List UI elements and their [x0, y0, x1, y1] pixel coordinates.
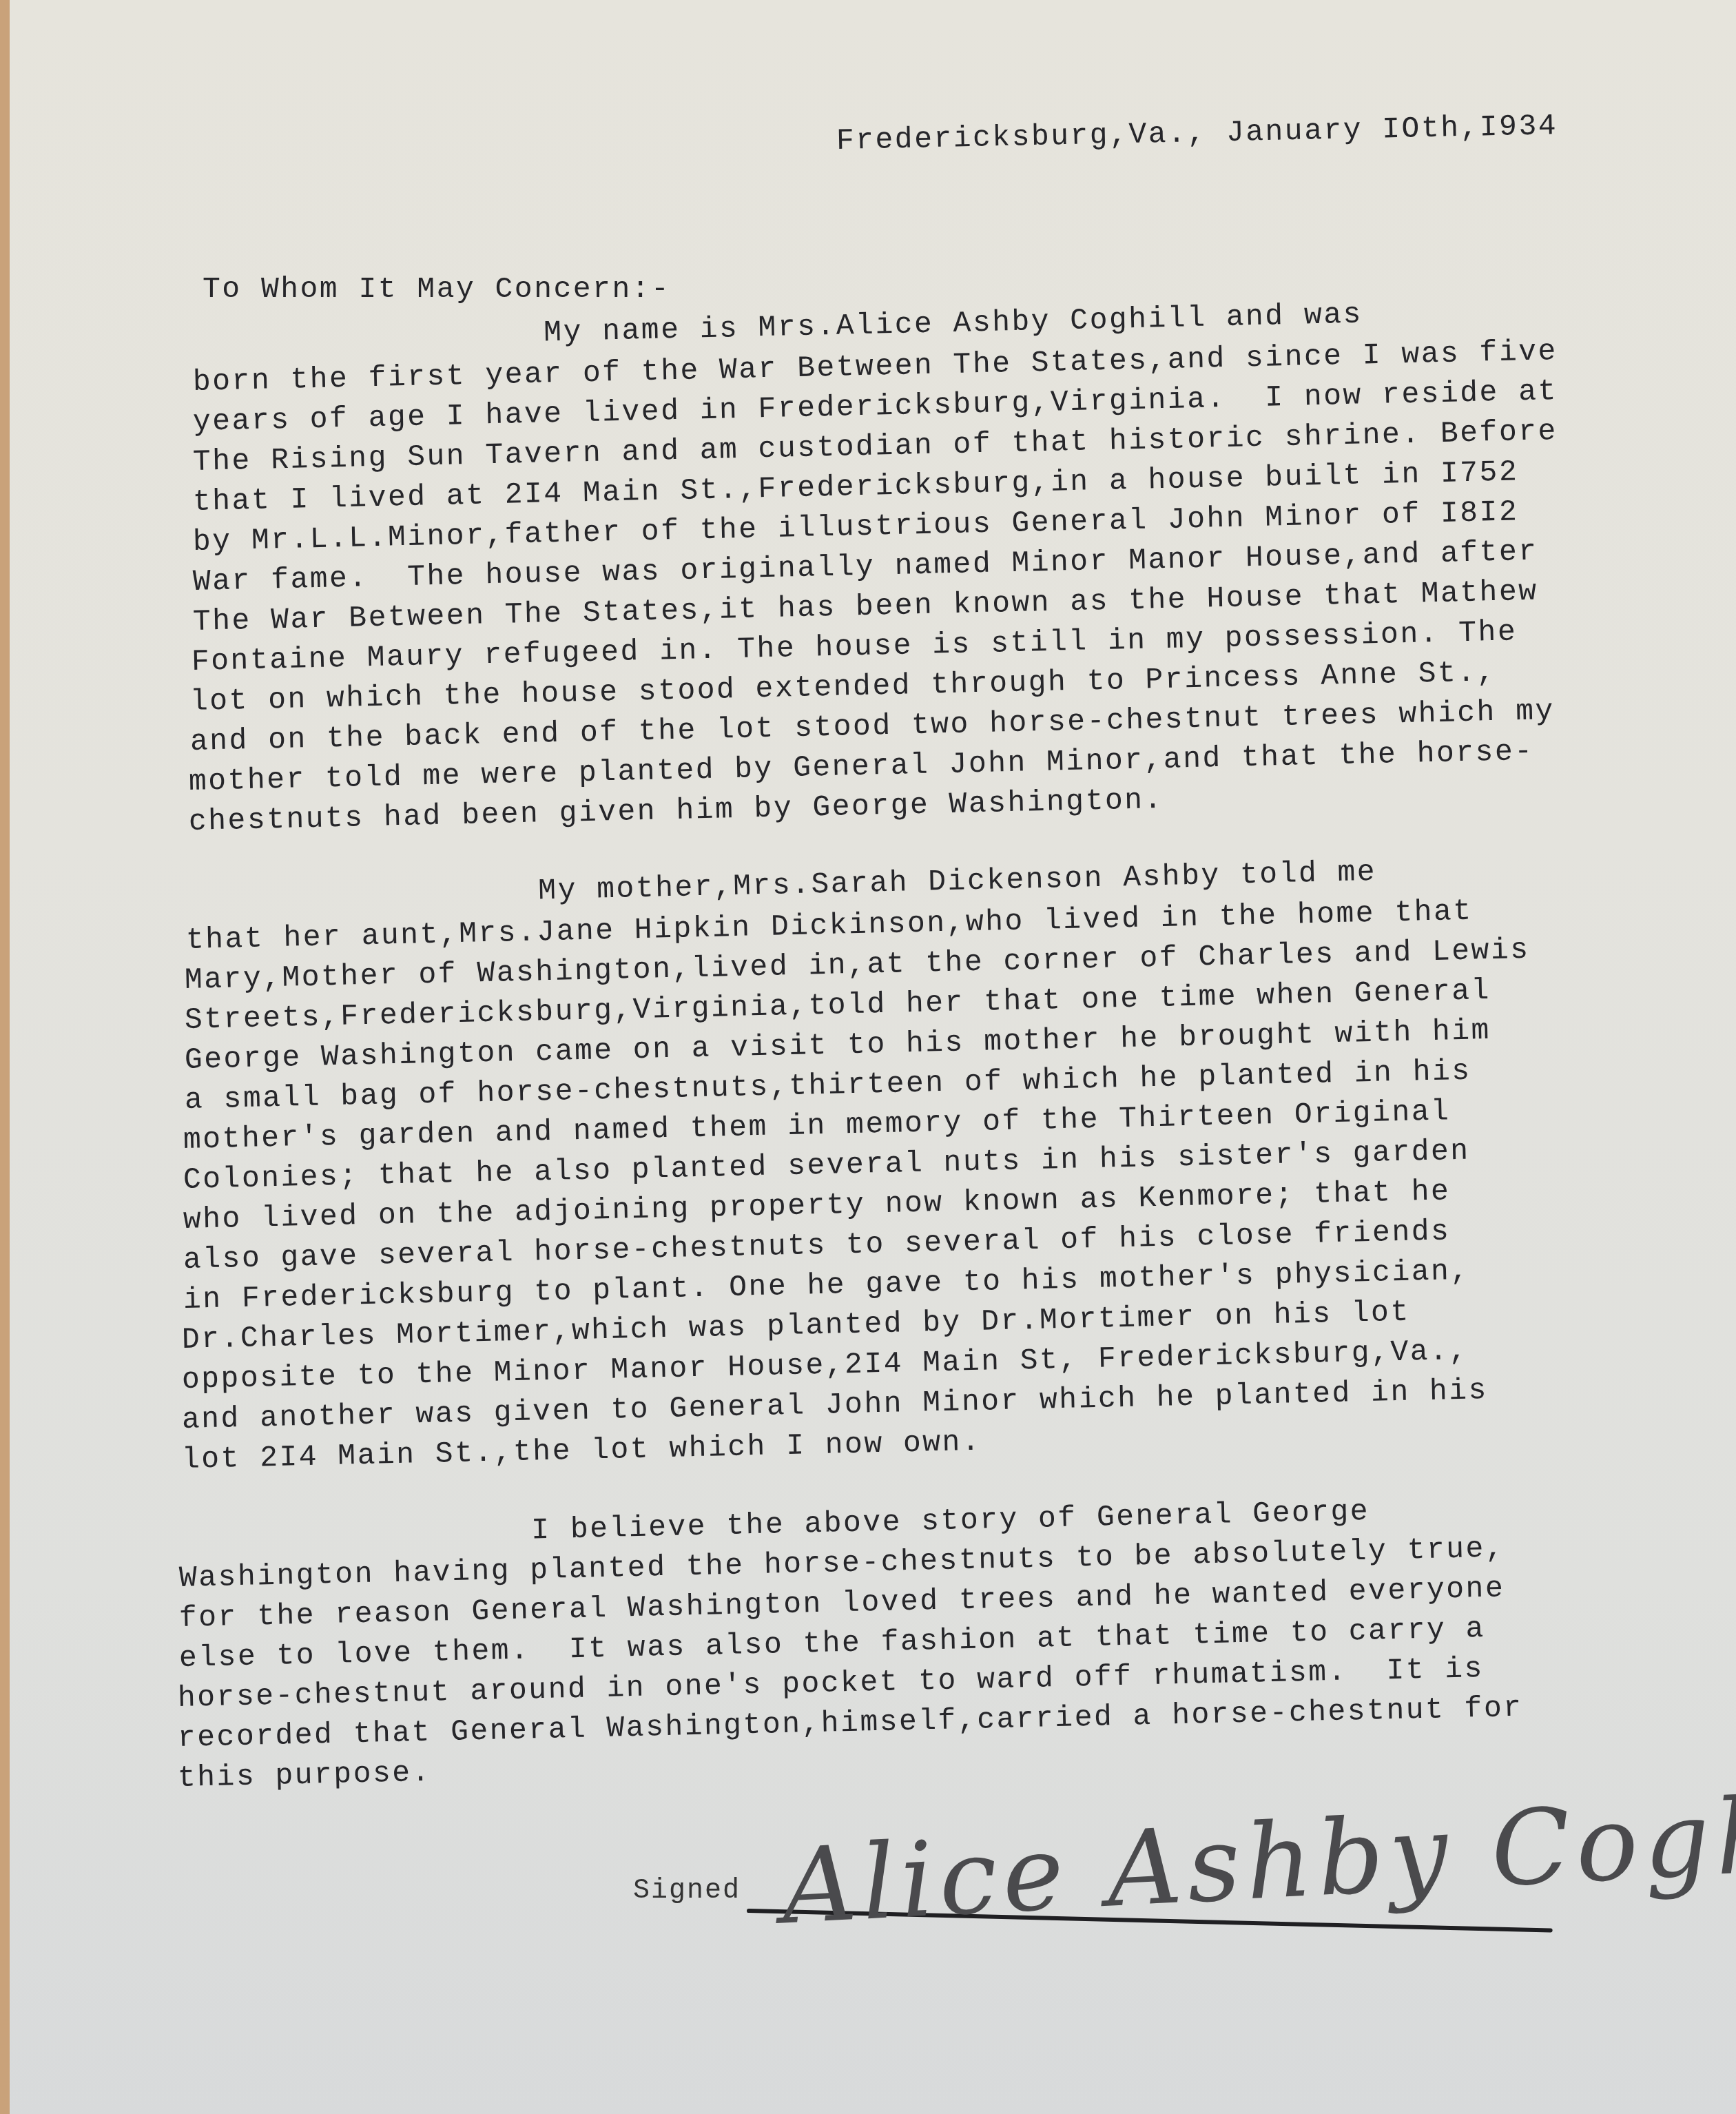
- dateline: Fredericksburg,Va., January IOth,I934: [836, 109, 1558, 158]
- handwritten-signature: Alice Ashby Coghill: [779, 1769, 1736, 1947]
- signed-label: Signed: [633, 1876, 741, 1907]
- salutation: To Whom It May Concern:-: [203, 272, 670, 307]
- text-line: this purpose.: [177, 1756, 431, 1796]
- letter-paper: Fredericksburg,Va., January IOth,I934 To…: [10, 0, 1736, 2114]
